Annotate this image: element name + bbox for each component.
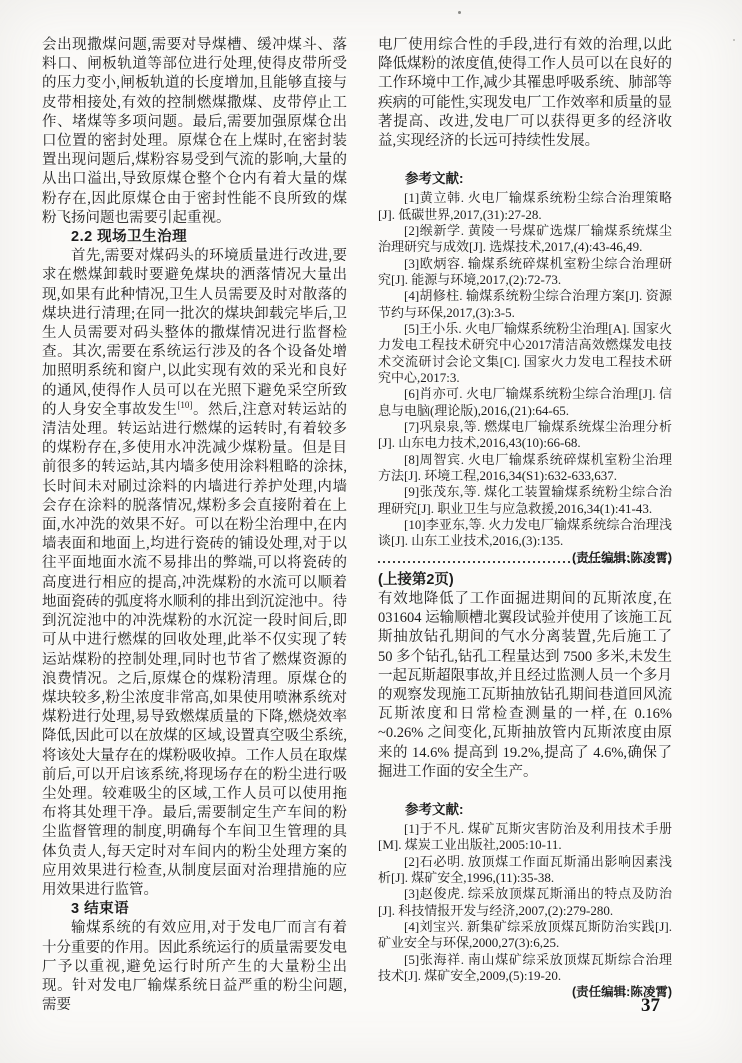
reference-item: [1]于不凡. 煤矿瓦斯灾害防治及利用技术手册[M]. 煤炭工业出版社,2005… (378, 821, 672, 854)
reference-item-with-editor: [5]张海祥. 南山煤矿综采放顶煤瓦斯综合治理技术[J]. 煤矿安全,2009,… (378, 952, 672, 985)
editor-note: (责任编辑:陈凌霄) (546, 550, 672, 566)
reference-item: [2]石必明. 放顶煤工作面瓦斯涌出影响因素浅析[J]. 煤矿安全,1996,(… (378, 854, 672, 887)
section-2-2-paragraph: 首先,需要对煤码头的环境质量进行改进,要求在燃煤卸载时要避免煤块的洒落情况大量出… (42, 247, 347, 900)
text-run: 。然后,注意对转运站的清洁处理。转运站进行燃煤的运转时,有着较多的煤粉存在,多使… (42, 402, 347, 898)
reference-item: [1]黄立韩. 火电厂输煤系统粉尘综合治理策略[J]. 低碳世界,2017,(3… (378, 190, 672, 223)
paragraph-coal-spill-continuation: 会出现撒煤问题,需要对导煤槽、缓冲煤斗、落料口、闸板轨道等部位进行处理,使得皮带… (42, 36, 347, 228)
reference-item: [4]刘宝兴. 新集矿综采放顶煤瓦斯防治实践[J]. 矿业安全与环保,2000,… (378, 919, 672, 952)
page-number: 37 (641, 995, 660, 1017)
continued-from-label: (上接第2页) (378, 571, 672, 590)
left-column: 会出现撒煤问题,需要对导煤槽、缓冲煤斗、落料口、闸板轨道等部位进行处理,使得皮带… (42, 36, 347, 1015)
scan-speck (733, 39, 735, 41)
reference-item: [7]巩泉泉,等. 燃煤电厂输煤系统煤尘治理分析[J]. 山东电力技术,2016… (378, 419, 672, 452)
journal-page: 会出现撒煤问题,需要对导煤槽、缓冲煤斗、落料口、闸板轨道等部位进行处理,使得皮带… (0, 0, 742, 1063)
references-heading-2: 参考文献: (378, 801, 672, 818)
text-run: 首先,需要对煤码头的环境质量进行改进,要求在燃煤卸载时要避免煤块的洒落情况大量出… (42, 248, 347, 418)
reference-item: [2]缑新学. 黄陵一号煤矿选煤厂输煤系统煤尘治理研究与成效[J]. 选煤技术,… (378, 223, 672, 256)
references-list-2: [1]于不凡. 煤矿瓦斯灾害防治及利用技术手册[M]. 煤炭工业出版社,2005… (378, 821, 672, 984)
reference-text: [10]李亚东,等. 火力发电厂输煤系统综合治理浅谈[J]. 山东工业技术,20… (378, 517, 672, 548)
section-heading-3: 3 结束语 (42, 900, 347, 919)
citation-superscript: [10] (177, 400, 192, 410)
scan-speck (458, 11, 461, 14)
reference-item: [3]赵俊虎. 综采放顶煤瓦斯涌出的特点及防治[J]. 科技情报开发与经济,20… (378, 886, 672, 919)
conclusion-paragraph: 输煤系统的有效应用,对于发电厂而言有着十分重要的作用。因此系统运行的质量需要发电… (42, 919, 347, 1015)
section-heading-2-2: 2.2 现场卫生治理 (42, 228, 347, 247)
reference-item: [8]周智宾. 火电厂输煤系统碎煤机室粉尘治理方法[J]. 环境工程,2016,… (378, 452, 672, 485)
right-top-paragraph: 电厂使用综合性的手段,进行有效的治理,以此降低煤粉的浓度值,使得工作人员可以在良… (378, 36, 672, 151)
article2-body-paragraph: 有效地降低了工作面掘进期间的瓦斯浓度,在 031604 运输顺槽北翼段试验并使用… (378, 590, 672, 782)
reference-item: [3]欧炳容. 输煤系统碎煤机室粉尘综合治理研究[J]. 能源与环境,2017,… (378, 256, 672, 289)
reference-item-with-editor: [10]李亚东,等. 火力发电厂输煤系统综合治理浅谈[J]. 山东工业技术,20… (378, 517, 672, 550)
reference-item: [5]王小乐. 火电厂输煤系统粉尘治理[A]. 国家火力发电工程技术研究中心20… (378, 321, 672, 386)
reference-item: [6]肖亦可. 火电厂输煤系统粉尘综合治理[J]. 信息与电脑(理论版),201… (378, 386, 672, 419)
reference-text: [5]张海祥. 南山煤矿综采放顶煤瓦斯综合治理技术[J]. 煤矿安全,2009,… (378, 952, 672, 983)
references-heading-1: 参考文献: (378, 170, 672, 187)
references-list-1: [1]黄立韩. 火电厂输煤系统粉尘综合治理策略[J]. 低碳世界,2017,(3… (378, 190, 672, 550)
reference-item: [9]张茂东,等. 煤化工装置输煤系统粉尘综合治理研究[J]. 职业卫生与应急救… (378, 484, 672, 517)
reference-item: [4]胡修柱. 输煤系统粉尘综合治理方案[J]. 资源节约与环保,2017,(3… (378, 288, 672, 321)
right-column: 电厂使用综合性的手段,进行有效的治理,以此降低煤粉的浓度值,使得工作人员可以在良… (378, 36, 672, 1001)
